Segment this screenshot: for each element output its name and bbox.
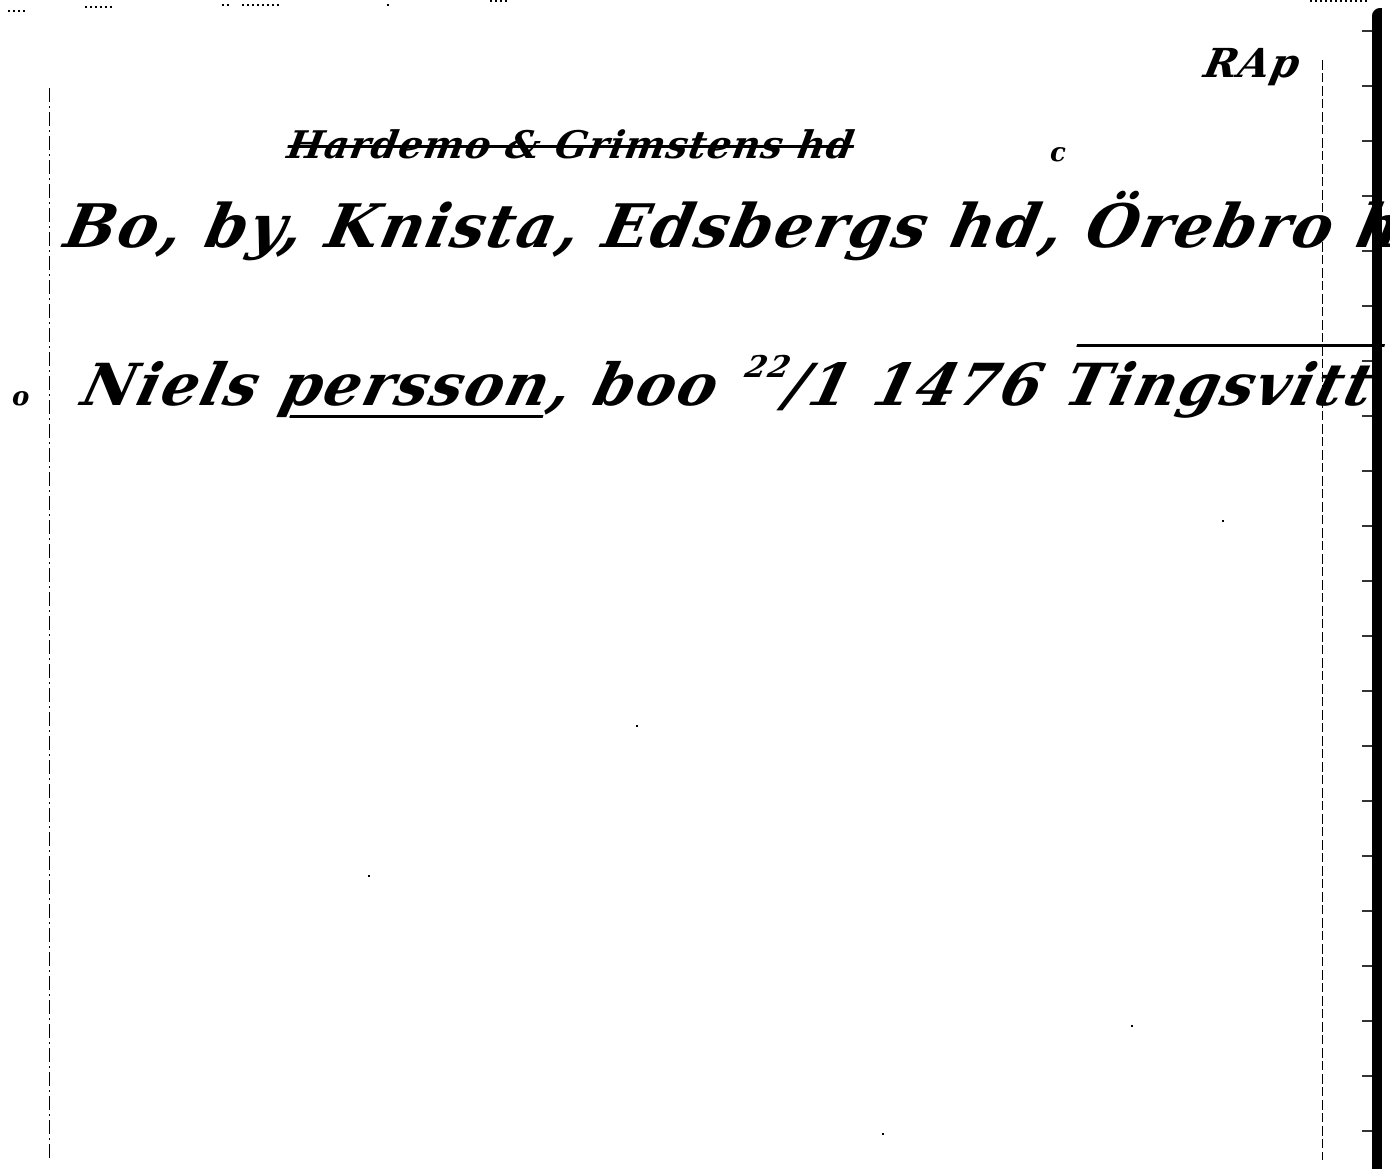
card-right-edge	[1372, 8, 1382, 1169]
scan-artifact-top	[222, 4, 230, 6]
struck-line-mark: c	[1050, 138, 1067, 168]
scan-artifact-top	[85, 6, 115, 8]
scan-dot	[636, 725, 638, 727]
date-month-year: /1 1476	[779, 351, 1053, 419]
source-reference: Tingsvitt	[1058, 344, 1385, 419]
place-line: Bo, by, Knista, Edsbergs hd, Örebro hd	[59, 192, 1390, 262]
scan-artifact-top	[242, 4, 280, 6]
person-line: Niels persson, boo 22/1 1476 Tingsvitt	[75, 350, 1383, 419]
archive-code-mark: RAp	[1200, 40, 1305, 87]
scan-artifact-top	[387, 4, 391, 6]
scan-dot	[368, 875, 370, 877]
scan-artifact-top	[1310, 0, 1370, 2]
index-card: RAp Hardemo & Grimstens hd c Bo, by, Kni…	[0, 0, 1390, 1169]
scan-dot	[1131, 1025, 1133, 1027]
scan-dot	[882, 1133, 884, 1135]
struck-through-district: Hardemo & Grimstens hd	[284, 122, 858, 167]
record-date: 22/1 1476	[733, 351, 1053, 419]
scan-dot	[1222, 520, 1224, 522]
person-first-name: Niels	[75, 351, 269, 419]
person-last-name: persson	[274, 351, 559, 419]
margin-note: o	[12, 382, 30, 412]
scan-artifact-top	[490, 0, 508, 2]
scan-artifact-top	[8, 10, 26, 12]
left-margin-rule	[49, 88, 50, 1158]
card-edge-noise	[1362, 0, 1372, 1169]
residence-word: boo	[587, 351, 728, 419]
